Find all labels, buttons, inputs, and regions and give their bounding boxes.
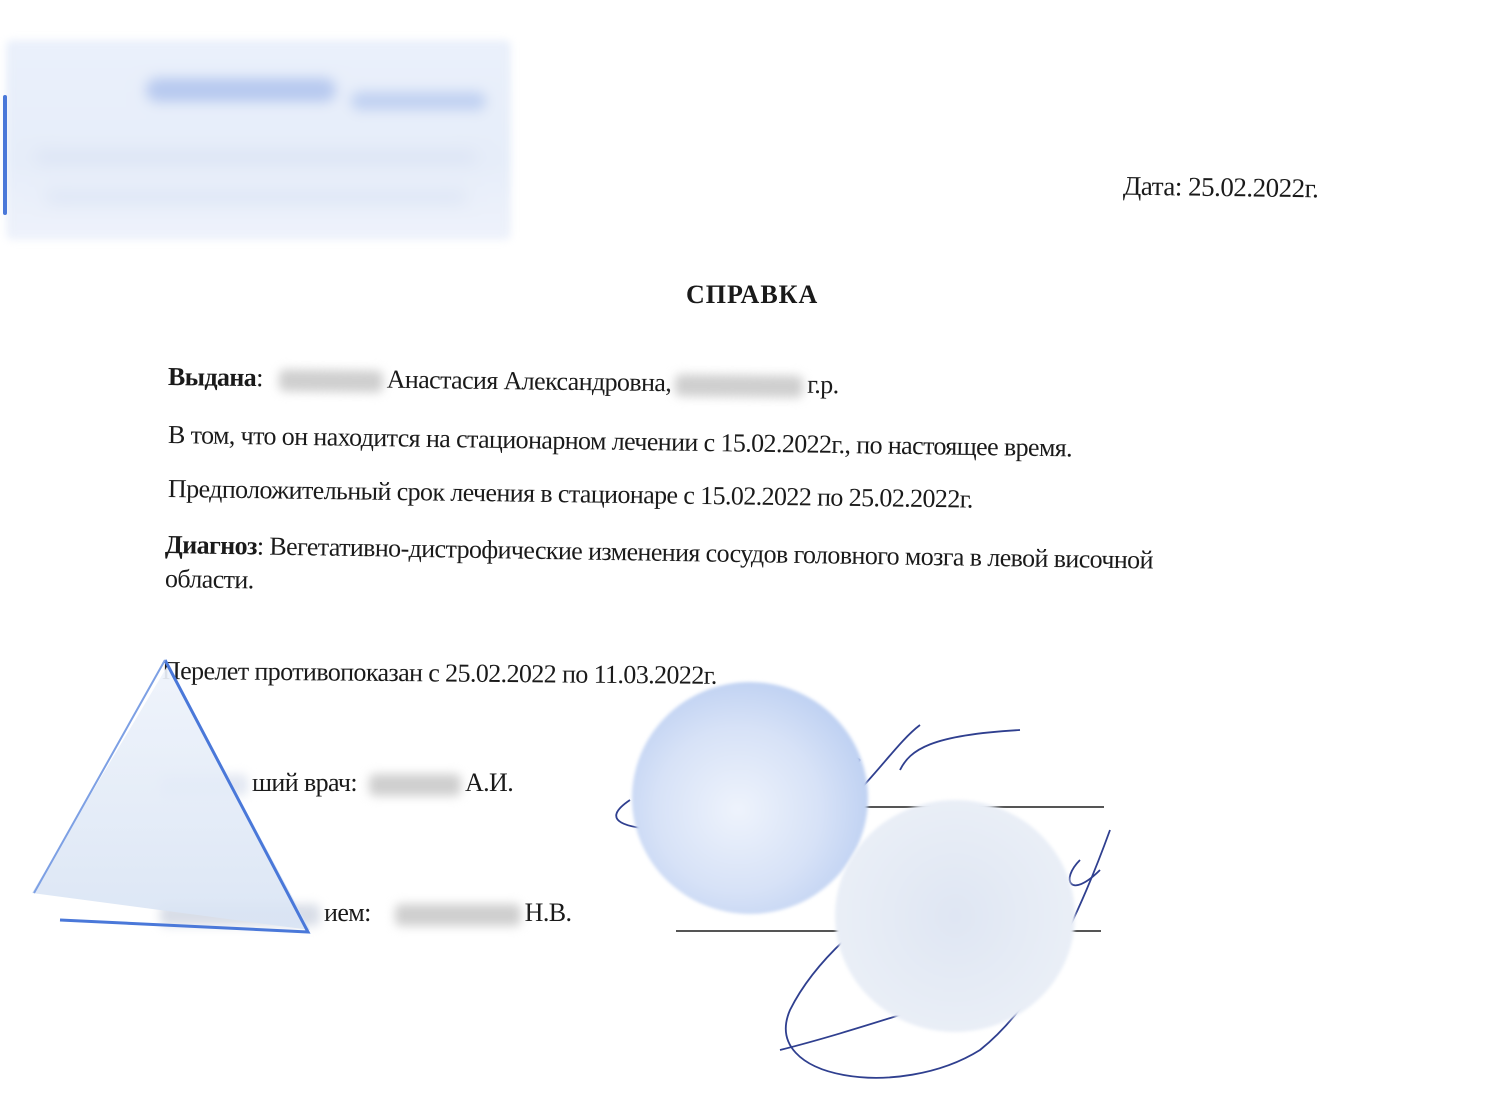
patient-name: Анастасия Александровна, xyxy=(387,365,672,397)
redacted-head-surname xyxy=(395,904,521,926)
triangle-stamp xyxy=(20,655,320,940)
redacted-doctor-surname xyxy=(369,774,461,796)
treatment-statement: В том, что он находится на стационарном … xyxy=(168,420,1073,463)
issued-to-label: Выдана xyxy=(168,362,257,392)
diagnosis-line: Диагноз: Вегетативно-дистрофические изме… xyxy=(165,530,1153,576)
issued-to-line: Выдана: Анастасия Александровна,г.р. xyxy=(168,362,839,400)
redacted-surname xyxy=(279,369,383,392)
redacted-birthdate xyxy=(675,374,803,398)
head-initials: Н.В. xyxy=(525,898,572,927)
birth-year-suffix: г.р. xyxy=(807,370,839,399)
doctor-initials: А.И. xyxy=(465,768,513,797)
diagnosis-label: Диагноз xyxy=(165,530,257,560)
document-title: СПРАВКА xyxy=(686,280,818,310)
round-stamp xyxy=(632,682,868,914)
document-date: Дата: 25.02.2022г. xyxy=(1123,171,1319,205)
clinic-letterhead-stamp xyxy=(6,40,511,240)
stamp-edge xyxy=(3,95,7,215)
expected-term: Предположительный срок лечения в стацион… xyxy=(168,474,973,515)
diagnosis-text: Вегетативно-дистрофические изменения сос… xyxy=(269,532,1153,575)
diagnosis-continuation: области. xyxy=(165,564,254,595)
round-stamp xyxy=(835,800,1075,1032)
